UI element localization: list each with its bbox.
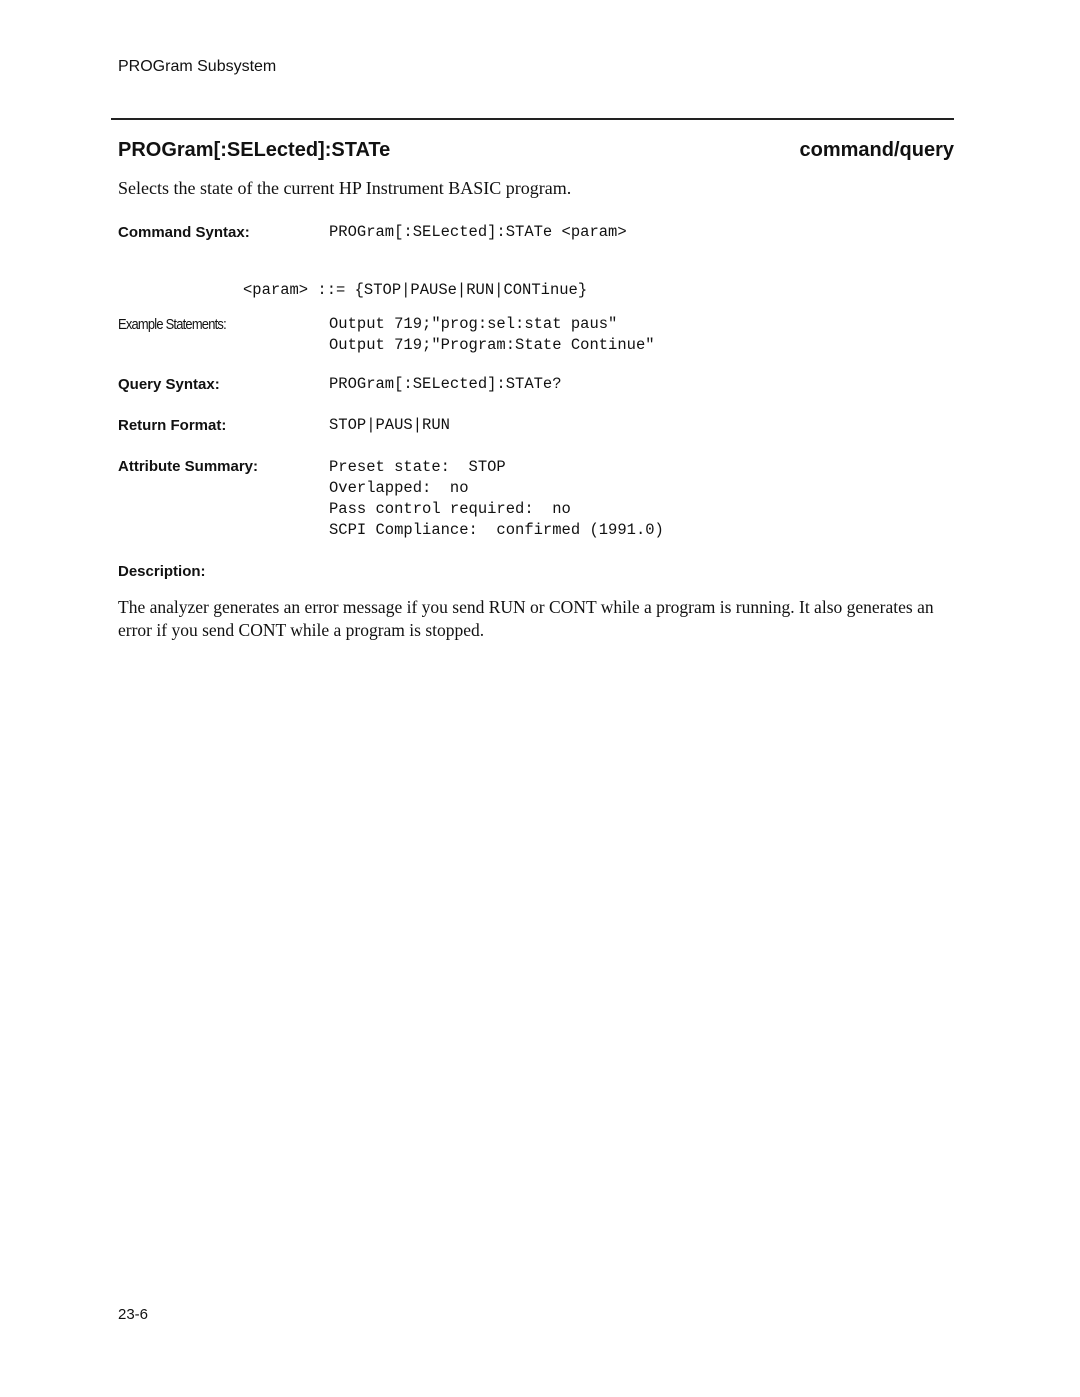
return-format-label: Return Format: (118, 417, 226, 434)
param-definition: <param> ::= {STOP|PAUSe|RUN|CONTinue} (243, 281, 587, 299)
attribute-line: Pass control required: no (329, 500, 571, 518)
running-head: PROGram Subsystem (118, 58, 276, 76)
command-title: PROGram[:SELected]:STATe (118, 139, 390, 162)
page-number: 23-6 (118, 1306, 148, 1323)
return-format-value: STOP|PAUS|RUN (329, 416, 450, 434)
command-type: command/query (800, 139, 954, 162)
description-text: The analyzer generates an error message … (118, 596, 958, 642)
attribute-line: SCPI Compliance: confirmed (1991.0) (329, 521, 664, 539)
query-syntax-value: PROGram[:SELected]:STATe? (329, 375, 562, 393)
command-syntax-label: Command Syntax: (118, 224, 250, 241)
example-statements-label: Example Statements: (118, 316, 226, 333)
example-statement: Output 719;"Program:State Continue" (329, 336, 655, 354)
description-label: Description: (118, 563, 206, 580)
command-syntax-value: PROGram[:SELected]:STATe <param> (329, 223, 627, 241)
example-statement: Output 719;"prog:sel:stat paus" (329, 315, 617, 333)
attribute-line: Overlapped: no (329, 479, 469, 497)
attribute-summary-label: Attribute Summary: (118, 458, 258, 475)
attribute-line: Preset state: STOP (329, 458, 506, 476)
command-summary: Selects the state of the current HP Inst… (118, 178, 571, 199)
query-syntax-label: Query Syntax: (118, 376, 220, 393)
section-divider (111, 118, 954, 120)
